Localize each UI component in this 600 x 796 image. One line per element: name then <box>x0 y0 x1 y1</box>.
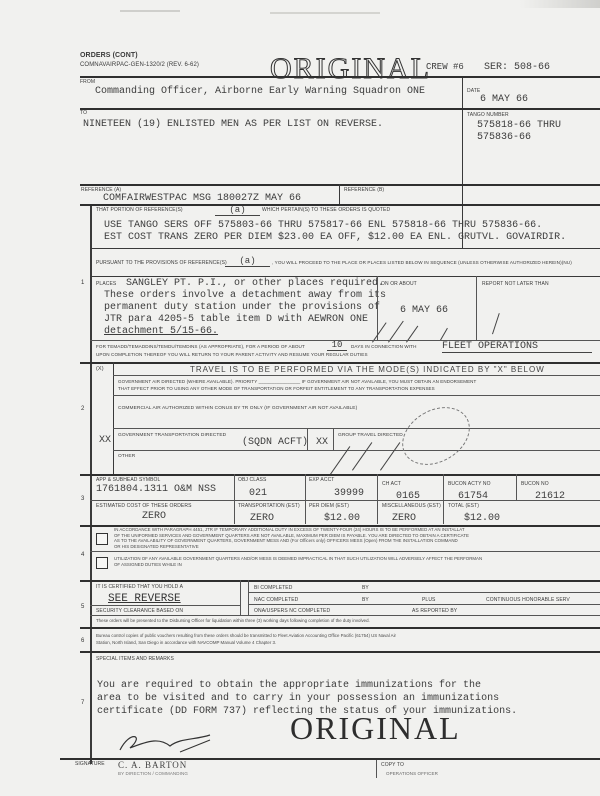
transport-label: TRANSPORTATION (est) <box>238 503 300 509</box>
divider <box>90 605 240 606</box>
pen-mark <box>352 442 372 470</box>
pen-mark <box>492 313 500 334</box>
section-number: 6 <box>81 638 84 644</box>
divider <box>90 276 600 277</box>
pursuant-ref: (a) <box>225 256 270 267</box>
option1-line: OR HIS DESIGNATED REPRESENTATIVE <box>114 544 469 550</box>
option2-line: OF ASSIGNED DUTIES WHILE IN <box>114 562 482 568</box>
date-label: DATE <box>467 88 480 94</box>
copy-to-label: COPY TO <box>381 762 404 768</box>
divider <box>90 500 600 501</box>
plus-label: PLUS <box>422 597 435 603</box>
by-label: BY <box>362 597 369 603</box>
quoted-ref: (a) <box>215 205 260 216</box>
divider <box>248 604 600 605</box>
tad-per-diem-checkbox[interactable] <box>96 533 108 545</box>
divider <box>443 474 444 524</box>
divider <box>333 428 334 450</box>
report-label: REPORT NOT LATER THAN <box>482 281 549 287</box>
divider <box>80 651 600 653</box>
signature-mark <box>110 730 220 760</box>
divider <box>476 276 477 340</box>
option1-line: IN ACCORDANCE WITH PARAGRAPH 4451, JTR I… <box>114 527 469 533</box>
misc-value: ZERO <box>392 513 416 524</box>
original-stamp-top: ORIGINAL <box>270 54 431 84</box>
clearance-label: SECURITY CLEARANCE BASED ON <box>96 608 183 614</box>
appn-label: APP & SUBHEAD SYMBOL <box>96 477 160 483</box>
bucon-acty-label: BUCON ACTY NO <box>448 481 491 487</box>
option1-text: IN ACCORDANCE WITH PARAGRAPH 4451, JTR I… <box>114 527 469 549</box>
est-cost-value: ZERO <box>142 511 166 522</box>
remarks-line: area to be visited and to carry in your … <box>97 693 499 704</box>
gov-air-line2: THAT EFFECT PRIOR TO USING ANY OTHER MOD… <box>118 386 435 391</box>
nac-completed-label: NAC COMPLETED <box>254 597 298 603</box>
section6-line: Station, North Island, San Diego in acco… <box>96 639 396 646</box>
return-text: UPON COMPLETION THEREOF YOU WILL RETURN … <box>96 352 368 357</box>
form-title: ORDERS (Cont) <box>80 52 138 59</box>
period-label-pre: FOR TEMADD/TEMADDINS/TEMDU/TEMDINS (as a… <box>96 344 305 349</box>
purpose-value: FLEET OPERATIONS <box>442 341 592 353</box>
tango-line2: 575836-66 <box>477 132 531 143</box>
places-line: detachment 5/15-66. <box>104 326 218 337</box>
divider <box>113 362 114 474</box>
copy-to-value: OPERATIONS OFFICER <box>386 771 438 776</box>
ch-act-label: CH ACT <box>382 481 401 487</box>
divider <box>80 204 600 206</box>
on-or-about-value: 6 MAY 66 <box>400 305 448 316</box>
section6-text: Bureau control copies of public vouchers… <box>96 632 396 646</box>
pen-mark <box>440 328 448 341</box>
original-stamp-bottom: ORIGINAL <box>290 712 461 744</box>
divider <box>516 474 517 500</box>
section-number: 3 <box>81 496 84 502</box>
divider <box>377 276 378 340</box>
divider <box>80 108 600 110</box>
divider <box>248 580 249 615</box>
group-travel-label: GROUP TRAVEL DIRECTED <box>338 433 403 438</box>
quoted-line2: EST COST TRANS ZERO PER DIEM $23.00 EA O… <box>104 232 566 243</box>
divider <box>113 450 600 451</box>
quoted-label-post: WHICH PERTAIN(S) TO THESE ORDERS IS QUOT… <box>262 207 390 213</box>
divider <box>80 580 600 582</box>
places-label: PLACES <box>96 281 116 287</box>
pursuant-label-pre: PURSUANT TO THE PROVISIONS OF REFERENCE(… <box>96 260 227 266</box>
total-value: $12.00 <box>464 513 500 524</box>
divider <box>339 184 340 204</box>
cert-label: IT IS CERTIFIED THAT YOU HOLD A <box>96 584 183 590</box>
obj-class-value: 021 <box>249 488 267 499</box>
travel-header: TRAVEL IS TO BE PERFORMED VIA THE MODE(S… <box>190 365 545 374</box>
divider <box>80 184 600 186</box>
obj-class-label: OBJ CLASS <box>238 477 266 483</box>
per-diem-value: $12.00 <box>324 513 360 524</box>
places-line: JTR para 4205-5 table item D with AEWRON… <box>104 314 368 325</box>
divider <box>305 474 306 524</box>
signature-label: SIGNATURE <box>75 761 105 767</box>
divider <box>113 375 600 376</box>
x-column-label: (X) <box>96 366 104 372</box>
misc-label: MISCELLANEOUS (est) <box>382 503 441 509</box>
signer-name: C. A. BARTON <box>118 760 187 770</box>
signer-title: By direction / commanding <box>118 771 188 776</box>
cert-value: SEE REVERSE <box>108 593 181 605</box>
left-border <box>90 204 92 764</box>
group-travel-mark: XX <box>316 437 328 448</box>
from-label: FROM <box>80 79 95 85</box>
section6-line: Bureau control copies of public vouchers… <box>96 632 396 639</box>
places-line: These orders involve a detachment away f… <box>104 290 386 301</box>
remarks-line: You are required to obtain the appropria… <box>97 680 481 691</box>
divider <box>90 551 600 552</box>
appn-value: 1761804.1311 O&M NSS <box>96 484 216 495</box>
divider <box>90 615 600 616</box>
stamp-mark <box>392 395 480 476</box>
section-number: 5 <box>81 604 84 610</box>
impractical-checkbox[interactable] <box>96 557 108 569</box>
from-value: Commanding Officer, Airborne Early Warni… <box>95 86 425 97</box>
divider <box>377 474 378 524</box>
gov-transport-label: GOVERNMENT TRANSPORTATION DIRECTED <box>118 433 226 438</box>
period-label-post: DAYS IN CONNECTION WITH <box>351 344 417 349</box>
remarks-label: SPECIAL ITEMS AND REMARKS <box>96 656 174 662</box>
bucon-no-label: BUCON NO <box>521 481 549 487</box>
option1-line: AS TO THE AVAILABILITY OF GOVERNMENT QUA… <box>114 538 469 544</box>
total-label: TOTAL (est) <box>448 503 479 509</box>
divider <box>80 362 600 364</box>
section-number: 1 <box>81 280 84 286</box>
section-number: 4 <box>81 552 84 558</box>
divider <box>113 395 600 396</box>
tango-line1: 575818-66 THRU <box>477 120 561 131</box>
divider <box>307 428 308 450</box>
tango-label: TANGO NUMBER <box>467 112 509 118</box>
scan-noise <box>120 10 180 12</box>
crew-number: CREW #6 <box>426 62 464 72</box>
pursuant-label-post: , YOU WILL PROCEED TO THE PLACE OR PLACE… <box>272 260 572 265</box>
reference-a-value: COMFAIRWESTPAC MSG 180027Z MAY 66 <box>103 193 301 204</box>
period-days: 10 <box>327 340 347 351</box>
divider <box>240 580 241 615</box>
ona-completed-label: ONA/USPERS NC COMPLETED <box>254 608 330 614</box>
divider <box>113 428 600 429</box>
orders-document: ORDERS (Cont) COMNAVAIRPAC-GEN-1320/2 (R… <box>0 0 600 796</box>
gov-transport-mark: XX <box>99 435 111 446</box>
other-label: OTHER <box>118 454 135 459</box>
places-line: permanent duty station under the provisi… <box>104 302 380 313</box>
est-cost-label: ESTIMATED COST OF THESE ORDERS <box>96 503 192 509</box>
divider <box>90 248 600 249</box>
commercial-air-label: COMMERCIAL AIR AUTHORIZED WITHIN CONUS B… <box>118 406 357 411</box>
date-value: 6 MAY 66 <box>480 94 528 105</box>
gov-transport-value: (SQDN ACFT) <box>242 437 308 448</box>
quoted-line1: USE TANGO SERS OFF 575803-66 THRU 575817… <box>104 220 542 231</box>
per-diem-label: PER DIEM (est) <box>309 503 349 509</box>
to-value: NINETEEN (19) ENLISTED MEN AS PER LIST O… <box>83 119 383 130</box>
form-number: COMNAVAIRPAC-GEN-1320/2 (REV. 6-62) <box>80 62 199 68</box>
scan-shadow <box>520 0 600 8</box>
gov-air-line1: GOVERNMENT AIR DIRECTED (Where Available… <box>118 379 476 384</box>
reference-b-label: REFERENCE (b) <box>344 187 384 193</box>
divider <box>80 474 600 476</box>
on-or-about-label: ON OR ABOUT <box>381 281 417 287</box>
option2-text: UTILIZATION OF ANY AVAILABLE GOVERNMENT … <box>114 556 482 568</box>
by-label: BY <box>362 585 369 591</box>
divider <box>80 76 600 78</box>
serial-number: SER: 508-66 <box>484 62 550 73</box>
divider <box>234 474 235 524</box>
quoted-label-pre: THAT PORTION OF REFERENCE(S) <box>96 207 183 213</box>
to-label: TO <box>80 110 87 116</box>
section-number: 2 <box>81 406 84 412</box>
exp-acct-value: 39999 <box>334 488 364 499</box>
transport-value: ZERO <box>250 513 274 524</box>
divider <box>248 592 600 593</box>
divider <box>376 760 377 778</box>
places-line: SANGLEY PT. P.I., or other places requir… <box>126 278 384 289</box>
exp-acct-label: EXP ACCT <box>309 477 334 483</box>
continuous-label: CONTINUOUS HONORABLE SERV <box>486 597 570 603</box>
scan-noise <box>270 12 380 14</box>
divider <box>80 627 600 629</box>
bi-completed-label: BI COMPLETED <box>254 585 292 591</box>
as-reported-label: AS REPORTED BY <box>412 608 457 614</box>
section-number: 7 <box>81 700 84 706</box>
presented-text: These orders will be presented to the Di… <box>96 618 370 624</box>
pen-mark <box>380 442 400 470</box>
